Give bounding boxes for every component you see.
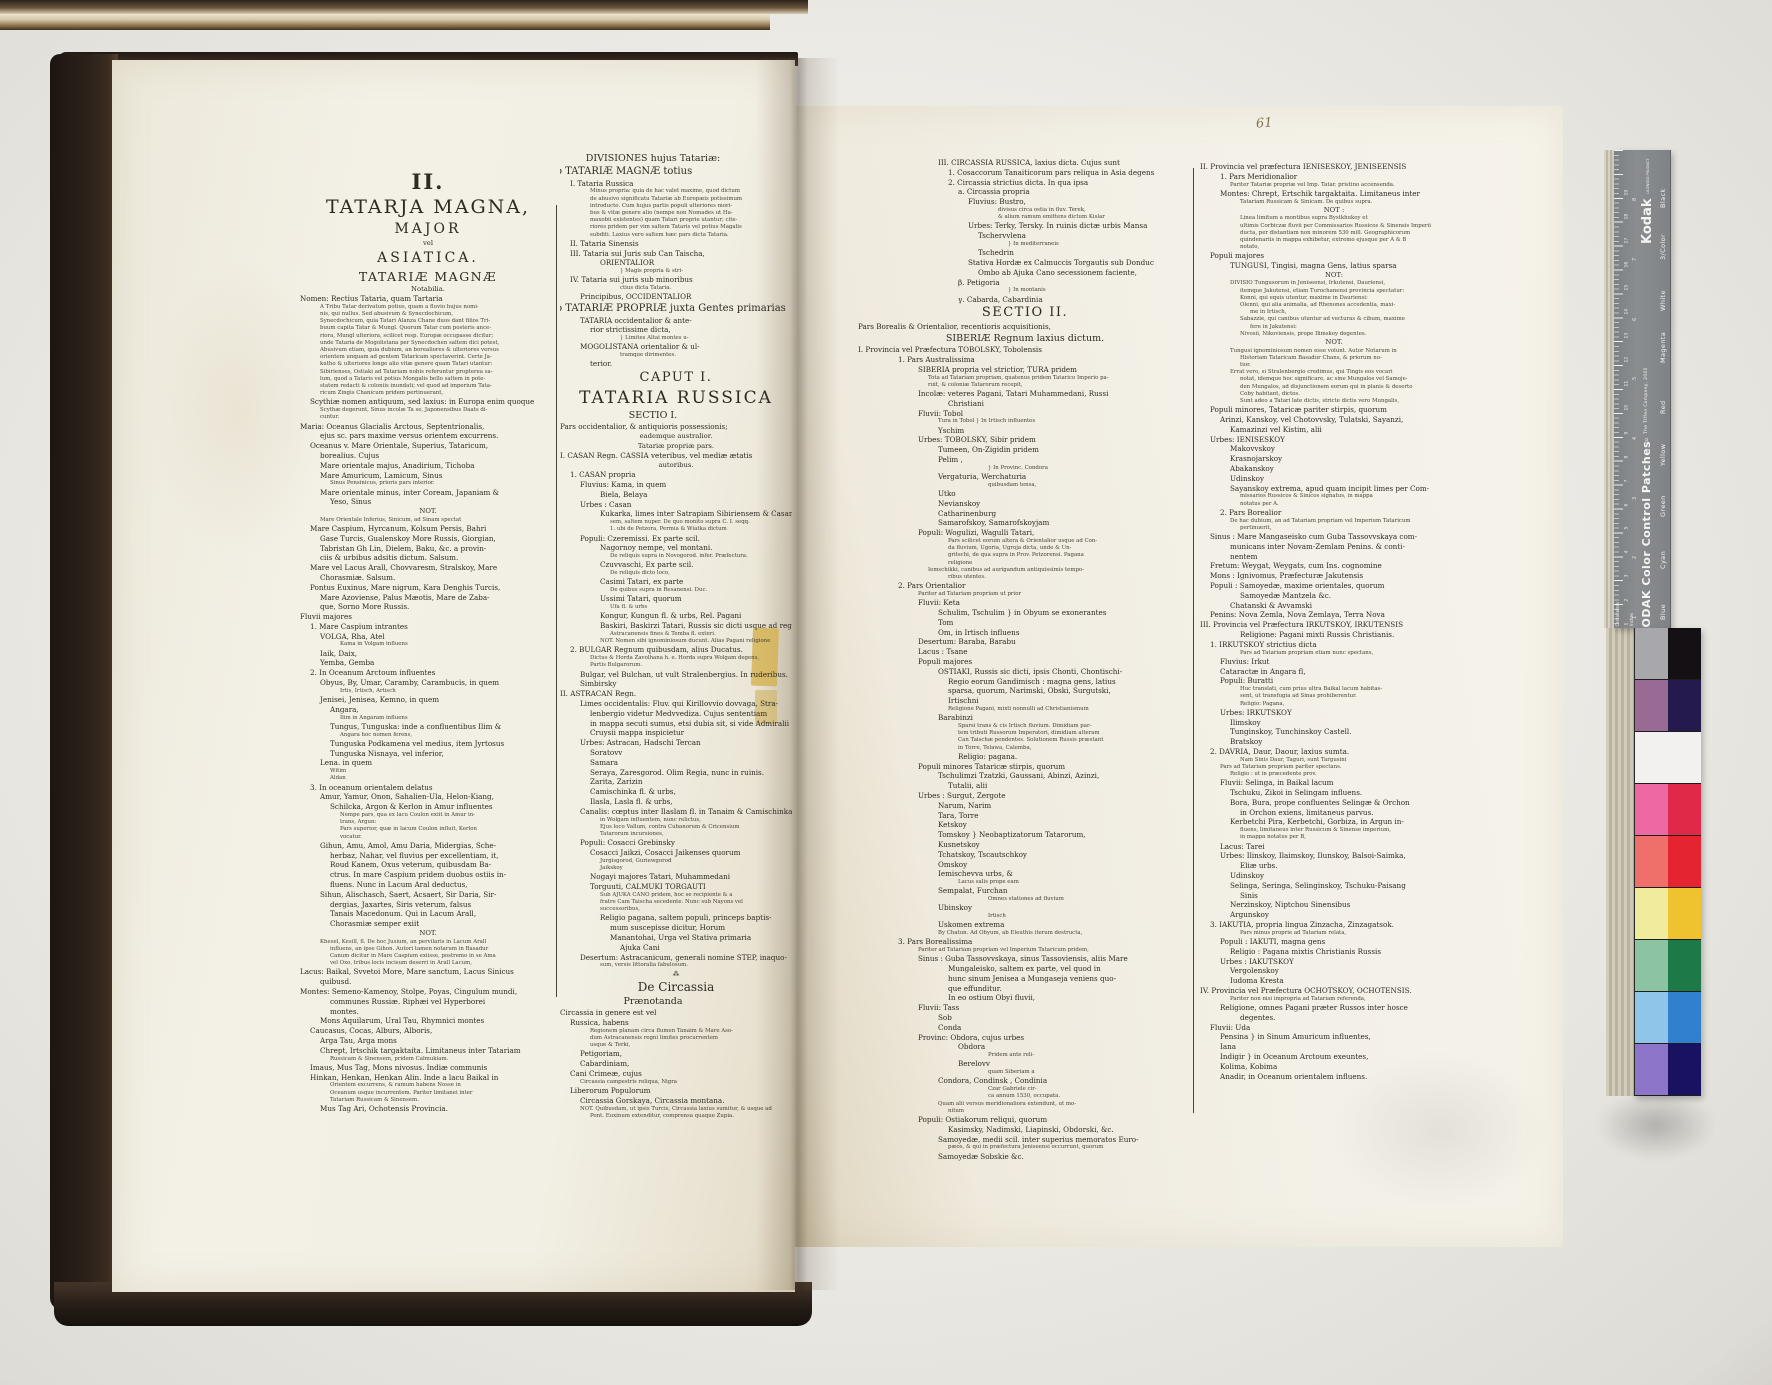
text-line: Urbes: TOBOLSKY, Sibir pridem (858, 435, 1192, 445)
text-line: Mare orientale majus, Anadirium, Tichoba (300, 461, 556, 471)
cm-number: 14 (1625, 307, 1630, 315)
text-line: borealius. Cujus (300, 451, 556, 461)
text-line: Torguuti, CALMUKI TORGAUTI (560, 882, 792, 892)
text-line: Ajuka Cani (560, 943, 792, 953)
text-line: Berelovv (858, 1059, 1192, 1069)
text-column-left-2: DIVISIONES hujus Tatariæ:A. Divisio TATA… (560, 152, 792, 1120)
text-line: de abusivo significatu Tatariæ ab Europæ… (560, 196, 792, 203)
text-line: Arinzi, Kanskoy, vel Chotovvsky, Tulatsk… (1200, 415, 1468, 425)
text-line: in mappa notatus per B, (1200, 834, 1468, 841)
text-line: Religio : Pagana mixtis Christianis Russ… (1200, 947, 1468, 957)
text-line: ruit, & coloniæ Tatarorum recepit, (858, 382, 1192, 389)
cm-number: 13 (1625, 331, 1630, 339)
text-line: NOT. (1200, 338, 1468, 348)
text-line: missarios Russicos & Sinicos signatus, i… (1200, 493, 1468, 500)
text-line: dergias, Jaxartes, Siris veterum, falsus (300, 900, 556, 910)
text-line: OSTIAKI, Russis sic dicti, ipsis Chonti,… (858, 667, 1192, 677)
text-column-right-1: III. CIRCASSIA RUSSICA, laxius dicta. Cu… (858, 158, 1192, 1190)
text-line: Soratovv (560, 748, 792, 758)
text-line: Sempalat, Furchan (858, 886, 1192, 896)
text-line: Populi: Czeremissi. Ex parte scil. (560, 534, 792, 544)
text-line: Petigoriam, (560, 1049, 792, 1059)
text-line: tramque dirimentes. (560, 352, 792, 359)
text-line: Tungusi ignominiosum nomen esse volunt. … (1200, 348, 1468, 355)
text-line: Lena. in quem (300, 758, 556, 768)
text-line: Canalis: cœptus inter Ilaslam fl. in Tan… (560, 807, 792, 817)
text-line: Tschulimzi Tzatzki, Gaussani, Abinzi, Az… (858, 771, 1192, 781)
text-line: Tomskoy } Neobaptizatorum Tatarorum, (858, 830, 1192, 840)
text-line: Pars occidentalior, & antiquioris posses… (560, 422, 792, 432)
text-line: Aldan (300, 775, 556, 782)
text-line: Iudoma Kresta (1200, 976, 1468, 986)
text-line: Casimi Tatari, ex parte (560, 577, 792, 587)
text-line: Iemschikki, canibus ad aurigandum antiqu… (858, 567, 1192, 574)
text-line: ctius dicta Tataria. (560, 285, 792, 292)
text-line: Kongur, Kungun fl. & urbs, Rel. Pagani (560, 611, 792, 621)
text-line: III. Tataria sui Juris sub Can Taischa, (560, 249, 792, 259)
text-line: Tunginskoy, Tunchinskoy Castell. (1200, 727, 1468, 737)
text-line: II. (300, 168, 556, 195)
text-line: Coby habitant, dictos. (1200, 391, 1468, 398)
text-line: Eliæ urbs. (1200, 861, 1468, 871)
text-line: 1. Mare Caspium intrantes (300, 622, 556, 632)
text-line: NOT. (300, 929, 556, 939)
text-line: Mare Caspium, Hyrcanum, Kolsum Persis, B… (300, 524, 556, 534)
cm-number: 3 (1625, 570, 1630, 578)
text-line: subditi. Laxius vero saltem hæc pars dic… (560, 232, 792, 239)
cm-number: 9 (1625, 426, 1630, 434)
text-line: Nagornoy nempe, vel montani. (560, 543, 792, 553)
text-line: Populi majores (858, 657, 1192, 667)
text-line: Cruysii mappa inspicietur (560, 728, 792, 738)
text-line: Bulgar, vel Bulchan, ut vult Stralenberg… (560, 670, 792, 680)
ruler-ticks-minor (1614, 150, 1619, 628)
text-line: Ketskoy (858, 820, 1192, 830)
text-line: 1. Pars Australissima (858, 355, 1192, 365)
text-line: Narum, Narim (858, 801, 1192, 811)
text-line: Urbes: Terky, Tersky. In ruinis dictæ ur… (858, 221, 1192, 231)
text-line: Populi minores Tataricæ stirpis, quorum (858, 762, 1192, 772)
text-line: vocatur. (300, 834, 556, 841)
text-line: Nogayi majores Tatari, Muhammedani (560, 872, 792, 882)
text-line: Ilasla, Lasla fl. & urbs, (560, 797, 792, 807)
text-line: Religione Pagani, mixti nonnulli ad Chri… (858, 706, 1192, 713)
text-line: 1. CASAN propria (560, 470, 792, 480)
text-line: orientem unquam ad gentem Tataricam spec… (300, 354, 556, 361)
text-line: Sunt adeo a Tatari late dictis, stricte … (1200, 398, 1468, 405)
text-line: Tatarorum incursiones, (560, 831, 792, 838)
text-line: Jenisei, Jenisea, Kemno, in quem (300, 695, 556, 705)
text-line: Incolæ: veteres Pagani, Tatari Muhammeda… (858, 389, 1192, 399)
text-line: Montes: Chrept, Ertschik targaktaita. Li… (1200, 189, 1468, 199)
patch-row-white (1635, 732, 1701, 784)
patch-cyan-full (1668, 992, 1701, 1043)
text-line: successoribus, (560, 906, 792, 913)
text-line: Tabristan Gh Lin, Dielem, Baku, &c. a pr… (300, 544, 556, 554)
page-block-bottom-edge (0, 14, 770, 30)
text-line: Pars superior, quæ in lacum Coulon influ… (300, 826, 556, 833)
text-line: DIVISIO Tungusorum in Jeniseensi, Irkute… (1200, 280, 1468, 287)
text-line: MOGOLISTANA orientalior & ul- (560, 342, 792, 352)
strip-edge (1604, 150, 1614, 628)
text-line: que effunditur. (858, 984, 1192, 994)
text-line: Manantohai, Urga vel Stativa primaria (560, 933, 792, 943)
text-line: Tchatskoy, Tscautschkoy (858, 850, 1192, 860)
patch-cyan-tint (1635, 992, 1668, 1043)
patch-red-tint (1635, 836, 1668, 887)
patch-white (1635, 732, 1701, 783)
text-line: II. Provincia vel præfectura IENISESKOY,… (1200, 162, 1468, 172)
text-line: Nerzinskoy, Niptchou Sinensibus (1200, 900, 1468, 910)
text-line: ribus utentes. (858, 574, 1192, 581)
text-line: Ilim in Angaram influens (300, 715, 556, 722)
kodak-attribution: © The Tiffen Company, 2000 (1644, 367, 1649, 441)
text-line: Historiam Tataricam Basadur Chans, & pri… (1200, 355, 1468, 362)
text-line: Huc translati, cum prius ultra Baikal la… (1200, 686, 1468, 693)
patch-red-full (1668, 836, 1701, 887)
cm-number: 7 (1625, 474, 1630, 482)
text-line: Prænotanda (560, 995, 792, 1008)
inch-number: 3 (1632, 492, 1638, 500)
text-line: Astracanensis fines & Temba fl. exteri. (560, 631, 792, 638)
text-line: Kasimsky, Nadimski, Liapinski, Obdorski,… (858, 1125, 1192, 1135)
text-line: Biela, Belaya (560, 490, 792, 500)
text-line: Populi: Buratti (1200, 676, 1468, 686)
text-line: Fretum: Weygat, Weygats, cum Ins. cognom… (1200, 561, 1468, 571)
text-line: degentes. (1200, 1013, 1468, 1023)
text-line: trans, Argun: (300, 819, 556, 826)
text-line: Pont. Euxinum extenditur, comprensa quaq… (560, 1113, 792, 1120)
text-line: TATARJA MAGNA, (300, 195, 556, 220)
text-line: hunc sinum Jenisea a Mungaseja veniens q… (858, 974, 1192, 984)
text-line: Urbes: Ilinskoy, Ilaimskoy, Ilunskoy, Ba… (1200, 851, 1468, 861)
text-line: By Chatun. Ad Obyum, ab Eleuthis iterum … (858, 930, 1192, 937)
text-line: tior. (1200, 362, 1468, 369)
text-line: Russica, habens (560, 1018, 792, 1028)
text-line: Samoyedæ Sobskie &c. (858, 1152, 1192, 1162)
text-line: Kamazinzi vel Kistim, alii (1200, 425, 1468, 435)
text-line: SECTIO I. (560, 409, 792, 422)
text-line: Oceanum usque incurrentem. Pariter limit… (300, 1090, 556, 1097)
text-line: vel Oxo, tribus locis incisum deserri in… (300, 960, 556, 967)
text-line: DIVISIONES hujus Tatariæ: (560, 152, 792, 165)
text-line: Dictus & Horda Zavolhana h. e. Horda sup… (560, 655, 792, 662)
cm-number: 8 (1625, 450, 1630, 458)
text-line: Seraya, Zaresgorod. Olim Regia, nunc in … (560, 768, 792, 778)
text-line: Omnes stationes ad fluvium (858, 896, 1192, 903)
text-line: Quam alii versus meridionaliora extendun… (858, 1101, 1192, 1108)
text-line: Urbes : Casan (560, 500, 792, 510)
color-label-red: Red (1659, 364, 1667, 414)
text-line: 2. DAVRIA, Daur, Daour, laxius sumta. (1200, 747, 1468, 757)
patch-black-full (1668, 628, 1701, 679)
text-line: ORIENTALIOR (560, 258, 792, 268)
text-line: statem redacti & coloniis inundati; vel … (300, 383, 556, 390)
patch-blue-tint (1635, 1044, 1668, 1095)
patch-3-color-tint (1635, 680, 1668, 731)
text-line: Hinkan, Henkan, Henkan Alin. Inde a lacu… (300, 1073, 556, 1083)
text-line: Can Taischæ pendentes. Solutionem Russis… (858, 737, 1192, 744)
strip-shadow (1596, 1090, 1716, 1160)
patch-green-tint (1635, 940, 1668, 991)
text-line: Religio: Pagana, (1200, 701, 1468, 708)
text-line: Witim (300, 768, 556, 775)
text-column-right-2: II. Provincia vel præfectura IENISESKOY,… (1200, 162, 1468, 1162)
text-line: quibusd. (300, 977, 556, 987)
column-divider-rule (556, 205, 557, 997)
kodak-color-patches (1634, 628, 1701, 1096)
text-line: Argunskoy (1200, 910, 1468, 920)
text-line: 1. Pars Meridionalior (1200, 172, 1468, 182)
text-line: I. Tataria Russica (560, 179, 792, 189)
text-line: riores pridem per vim saltem Tataris vel… (560, 224, 792, 231)
patch-row-green (1635, 940, 1701, 992)
text-line: Anadir, in Oceanum orientalem influens. (1200, 1072, 1468, 1082)
cm-number: 10 (1625, 402, 1630, 410)
cm-number: 16 (1625, 259, 1630, 267)
inch-number: 4 (1632, 432, 1638, 440)
text-line: Uskomen extrema (858, 920, 1192, 930)
text-line: Abusivum etiam, quia dubium, an borealio… (300, 347, 556, 354)
inch-number: 6 (1632, 313, 1638, 321)
text-line: Sinus Pensinicus, prioris pars interior. (300, 480, 556, 487)
patch-yellow-full (1668, 888, 1701, 939)
text-line: Abakanskoy (1200, 464, 1468, 474)
text-line: } Magis propria & stri- (560, 268, 792, 275)
text-line: Sparsi trans & cis Irtisch fluvium. Dimi… (858, 723, 1192, 730)
text-line: NOT. Quibusdam, ut ipsis Turcis, Circass… (560, 1106, 792, 1113)
text-line: Iemischevva urbs, & (858, 869, 1192, 879)
text-line: Mare Azoviense, Palus Mæotis, Mare de Za… (300, 593, 556, 603)
text-line: tem tributi Russorum Imperatori, dimidia… (858, 730, 1192, 737)
text-line: Christiani (858, 399, 1192, 409)
text-line: Montes: Semeno-Kamenoy, Stolpe, Poyas, C… (300, 987, 556, 997)
text-line: den Mungalos, ad disjunctionem eorum qui… (1200, 384, 1468, 391)
text-line: Populi minores, Tataricæ pariter stirpis… (1200, 405, 1468, 415)
text-line: III. CIRCASSIA RUSSICA, laxius dicta. Cu… (858, 158, 1192, 168)
text-line: eademque australior. (560, 432, 792, 442)
text-line: Kolima, Kobima (1200, 1062, 1468, 1072)
text-line: ctrus. In mare Caspium pridem duobus ost… (300, 870, 556, 880)
text-line: TATARIA occidentalior & ante- (560, 316, 792, 326)
text-line: Samoyedæ, medii scil. inter superius mem… (858, 1135, 1192, 1145)
text-line: Fluvii: Tass (858, 1003, 1192, 1013)
text-line: Chrept, Irtschik targaktaita. Limitaneus… (300, 1046, 556, 1056)
text-line: Provinc: Obdora, cujus urbes (858, 1033, 1192, 1043)
text-line: Fluvius: Kama, in quem (560, 480, 792, 490)
text-line: Pariter Tatariæ propriæ vel Imp. Tatar. … (1200, 182, 1468, 189)
text-line: 3. Pars Borealissima (858, 937, 1192, 947)
text-line: Cabardiniam, (560, 1059, 792, 1069)
text-line: De reliquis supra in Novogorod. infer. P… (560, 553, 792, 560)
patch-row-magenta (1635, 784, 1701, 836)
text-line: Mare Orientale Inferius, Sinicum, ad Sin… (300, 517, 556, 524)
text-line: Samoyedæ Mantzela &c. (1200, 591, 1468, 601)
text-line: 3. In oceanum orientalem delatus (300, 783, 556, 793)
text-line: Udinskoy (1200, 474, 1468, 484)
text-line: ca annum 1530, occupata. (858, 1093, 1192, 1100)
text-line: Mare vel Lacus Arall, Chovvaresm, Strals… (300, 563, 556, 573)
text-line: Scythæ degerunt, Sinus incolæ Ta se, Jap… (300, 407, 556, 414)
text-line: Tunguska Nisnaya, vel inferior, (300, 749, 556, 759)
text-line: maxobii existentes) quam Tatari proprie … (560, 217, 792, 224)
text-line: ASIATICA. (300, 249, 556, 268)
text-line: Ufa fl. & urbs (560, 604, 792, 611)
text-line: Nivosii, Nikoviensis, prope Ilimskoy deg… (1200, 331, 1468, 338)
text-line: γ. Cabarda, Cabardinia (858, 295, 1192, 305)
text-line: Urbes : IAKUTSKOY (1200, 957, 1468, 967)
text-line: Pontus Euxinus, Mare nigrum, Kara Denghi… (300, 583, 556, 593)
cm-number: 17 (1625, 235, 1630, 243)
text-line: Simbirsky (560, 679, 792, 689)
text-line: } Limites Altai montes u- (560, 335, 792, 342)
text-line: Urbes: IRKUTSKOY (1200, 708, 1468, 718)
text-line: VOLGA, Rha, Atel (300, 632, 556, 642)
text-line: Khesel, Kesill, fl. De hoc Jusium, an pe… (300, 939, 556, 946)
text-line: TUNGUSI, Tingisi, magna Gens, latius spa… (1200, 261, 1468, 271)
text-line: itemque Jakutensi, etiam Turuchanensi pr… (1200, 288, 1468, 295)
text-line: Tatariam Russicam & Sinensem. (300, 1097, 556, 1104)
text-line: Minus propria: quia de hac valet maxime,… (560, 188, 792, 195)
text-line: Liberorum Populorum (560, 1086, 792, 1096)
text-line: Angara hoc nomen ferens, (300, 732, 556, 739)
text-line: Stativa Hordæ ex Calmuccis Torgautis sub… (858, 258, 1192, 268)
text-line: Sinus : Guba Tassovvskaya, sinus Tassovi… (858, 954, 1192, 964)
text-line: Limes occidentalis: Fluv. qui Kirillovvi… (560, 699, 792, 709)
text-line: Caucasus, Cocas, Alburs, Alboris, (300, 1026, 556, 1036)
text-line: Fluvii: Uda (1200, 1023, 1468, 1033)
text-line: Populi majores (1200, 251, 1468, 261)
text-line: Populi : Samoyedæ, maxime orientales, qu… (1200, 581, 1468, 591)
text-line: Conda (858, 1023, 1192, 1033)
text-line: Lacus : Tsane (858, 647, 1192, 657)
text-line: I. Provincia vel Præfectura TOBOLSKY, To… (858, 345, 1192, 355)
text-line: Obyus, By, Umar, Caramby, Carambucis, in… (300, 678, 556, 688)
text-line: Irtis, Irtisch, Artisch (300, 688, 556, 695)
text-line: nitum (858, 1108, 1192, 1115)
text-line: Chatanski & Avvamski (1200, 601, 1468, 611)
text-line: Fluvius: Irkut (1200, 657, 1468, 667)
text-line: Makovvskoy (1200, 444, 1468, 454)
text-line: Tara, Torre (858, 811, 1192, 821)
text-line: Tom (858, 618, 1192, 628)
text-line: Pariter non nisi impropria ad Tatariam r… (1200, 996, 1468, 1003)
text-line: unde Tataria de Mogolistana per Synecdoc… (300, 340, 556, 347)
text-line: in Wolgam influentem, nunc relictus, (560, 817, 792, 824)
text-line: me in Irtisch, (1200, 309, 1468, 316)
text-line: nentem (1200, 552, 1468, 562)
text-line: Pensina } in Sinum Amuricum influentes, (1200, 1032, 1468, 1042)
text-line: Catharinenburg (858, 509, 1192, 519)
text-line: Chorasmiæ. Salsum. (300, 573, 556, 583)
text-line: Populi : IAKUTI, magna gens (1200, 937, 1468, 947)
text-line: pæos, & qui in præfectura Jeniseensi occ… (858, 1144, 1192, 1151)
text-line: Tura in Tobol } In Irtisch influentes (858, 418, 1192, 425)
text-line: notato, (1200, 244, 1468, 251)
text-line: Pariter ad Tatariam propriam ut prior (858, 591, 1192, 598)
text-line: Sub AJUKA CANO pridem, hoc se recipiente… (560, 892, 792, 899)
text-line: Sayanskoy extrema, apud quam incipit lim… (1200, 484, 1468, 494)
text-line: Kusnetskoy (858, 840, 1192, 850)
text-line: Roud Kanem, Oxus veterum, quibusdam Ba- (300, 860, 556, 870)
cm-number: 4 (1625, 546, 1630, 554)
text-line: terior. (560, 359, 792, 369)
text-line: introducto. Cum hujus partis populi ulte… (560, 203, 792, 210)
cm-number: 5 (1625, 522, 1630, 530)
text-line: SIBERIÆ Regnum laxius dictum. (858, 332, 1192, 345)
text-line: Tschervvlena (858, 231, 1192, 241)
cm-number: 6 (1625, 498, 1630, 506)
text-line: Errat vero, si Stralenbergio credimus, q… (1200, 369, 1468, 376)
text-line: quam Siberiam a (858, 1069, 1192, 1076)
text-line: riora, Mungl ulteriora, scilicet resp. E… (300, 333, 556, 340)
text-line: } In Provinc. Condora (858, 465, 1192, 472)
cm-number: 11 (1625, 379, 1630, 387)
text-line: NOT. (300, 507, 556, 517)
cm-number: 18 (1625, 211, 1630, 219)
patch-row-red (1635, 836, 1701, 888)
text-line: Penins: Nova Zemla, Nova Zemlaya, Terra … (1200, 610, 1468, 620)
text-line: In eo ostium Obyi fluvii, (858, 993, 1192, 1003)
text-line: Mungaleisko, saltem ex parte, vel quod i… (858, 964, 1192, 974)
text-line: Fluvii majores (300, 612, 556, 622)
text-line: Bratskoy (1200, 737, 1468, 747)
text-line: Religio : ut in præcedente prov. (1200, 771, 1468, 778)
text-line: Jaikskoy (560, 865, 792, 872)
text-line: Nam Sinis Daur, Taguri, sunt Targusini (1200, 757, 1468, 764)
page-block-fore-edge (0, 30, 42, 1260)
text-line: Tatariam Russicam & Sinicam. De quibus s… (1200, 199, 1468, 206)
text-line: De hac dubium, an ad Tatariam propriam v… (1200, 518, 1468, 525)
color-label-black: Black (1659, 158, 1667, 208)
text-line: Irtisch (858, 913, 1192, 920)
text-line: Tota ad Tatariam propriam, quatenus prid… (858, 375, 1192, 382)
text-line: Circassia Gorskaya, Circassia montana. (560, 1096, 792, 1106)
text-line: Krasnojarskoy (1200, 454, 1468, 464)
cm-number: 15 (1625, 283, 1630, 291)
text-line: De reliquis dicto loco, (560, 570, 792, 577)
text-line: Bora, Bura, prope confluentes Selingæ & … (1200, 798, 1468, 808)
text-line: Chorasmiæ semper exiit (300, 919, 556, 929)
color-label-blue: Blue (1659, 570, 1667, 620)
text-line: Urbes: IENISESKOY (1200, 435, 1468, 445)
text-line: De Circassia (560, 979, 792, 995)
text-line: gritschi, de qua supra in Prov. Petzoren… (858, 552, 1192, 559)
text-line: quibusdam tensa, (858, 482, 1192, 489)
text-line: Notabilia. (300, 285, 556, 295)
text-line: Mons : Ignivomus, Præfecturæ Jakutensis (1200, 571, 1468, 581)
text-line: sent, ut transfugia ad Sinas prohiberent… (1200, 693, 1468, 700)
text-line: Synecdochicum, quia Tatari Alanza Chane … (300, 318, 556, 325)
text-line: notat, idemque hoc significare, ac sine … (1200, 376, 1468, 383)
text-line: Ombo ab Ajuka Cano secessionem faciente, (858, 268, 1192, 278)
text-line: } In mediterraneis (858, 241, 1192, 248)
text-line: Tschuku, Zikoi in Selingam influens. (1200, 788, 1468, 798)
patch-row-cyan (1635, 992, 1701, 1044)
text-line: Pariter ad Tatariam propriam vel Imperiu… (858, 947, 1192, 954)
text-line: Tungus, Tunguska: inde a confluentibus I… (300, 722, 556, 732)
text-line: Circassia in genere est vel (560, 1008, 792, 1018)
text-line: buum capita Tatar & Mungl. Quorum Tatar … (300, 325, 556, 332)
text-line: Fluvius: Bustro, (858, 197, 1192, 207)
patch-green-full (1668, 940, 1701, 991)
text-line: Circassia campestris reliqua, Nigra (560, 1079, 792, 1086)
text-line: TATARIA RUSSICA (560, 387, 792, 409)
text-line: Yeso, Sinus (300, 497, 556, 507)
kodak-ruler: 12345678910111213141516171819 12345678 K… (1614, 150, 1671, 628)
text-line: Sinis (1200, 891, 1468, 901)
text-line: Obdora (858, 1042, 1192, 1052)
